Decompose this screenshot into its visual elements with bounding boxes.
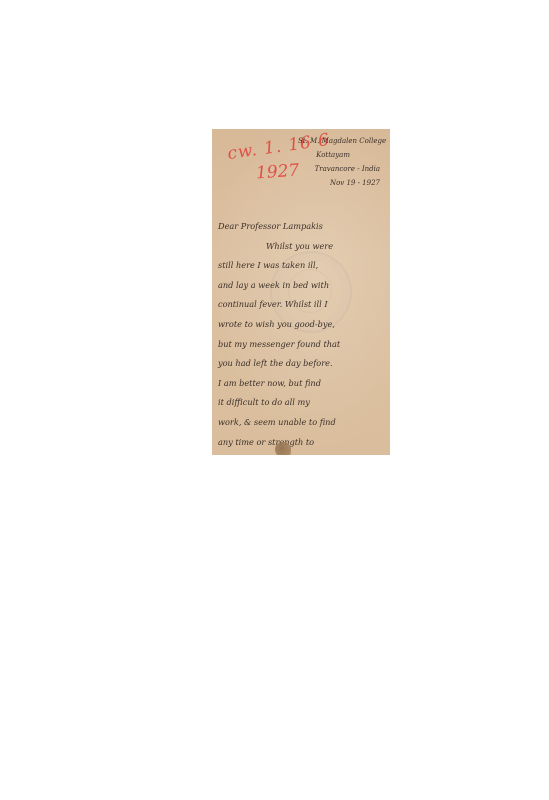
body-line: still here I was taken ill, xyxy=(218,256,390,276)
body-line: continual fever. Whilst ill I xyxy=(218,295,390,315)
red-archive-year: 1927 xyxy=(255,161,300,184)
body-line: you had left the day before. xyxy=(218,354,390,374)
letter-scan: cw. 1. 16 6 1927 St. M. Magdalen College… xyxy=(212,129,390,455)
body-line: and lay a week in bed with xyxy=(218,276,390,296)
address-line-institution: St. M. Magdalen College xyxy=(296,134,388,148)
body-line: Whilst you were xyxy=(218,237,390,257)
body-line: visit my Greek friends, xyxy=(218,452,390,455)
salutation: Dear Professor Lampakis xyxy=(218,217,390,237)
body-line: any time or strength to xyxy=(218,433,390,453)
letter-body: Dear Professor Lampakis Whilst you were … xyxy=(218,217,390,455)
address-block: St. M. Magdalen College Kottayam Travanc… xyxy=(296,134,388,190)
body-line: wrote to wish you good-bye, xyxy=(218,315,390,335)
letter-date: Nov 19 - 1927 xyxy=(296,176,388,190)
address-line-region: Travancore - India xyxy=(296,162,388,176)
ink-stain xyxy=(275,442,291,455)
body-line: but my messenger found that xyxy=(218,335,390,355)
address-line-town: Kottayam xyxy=(296,148,388,162)
body-line: it difficult to do all my xyxy=(218,393,390,413)
body-line: I am better now, but find xyxy=(218,374,390,394)
body-line: work, & seem unable to find xyxy=(218,413,390,433)
